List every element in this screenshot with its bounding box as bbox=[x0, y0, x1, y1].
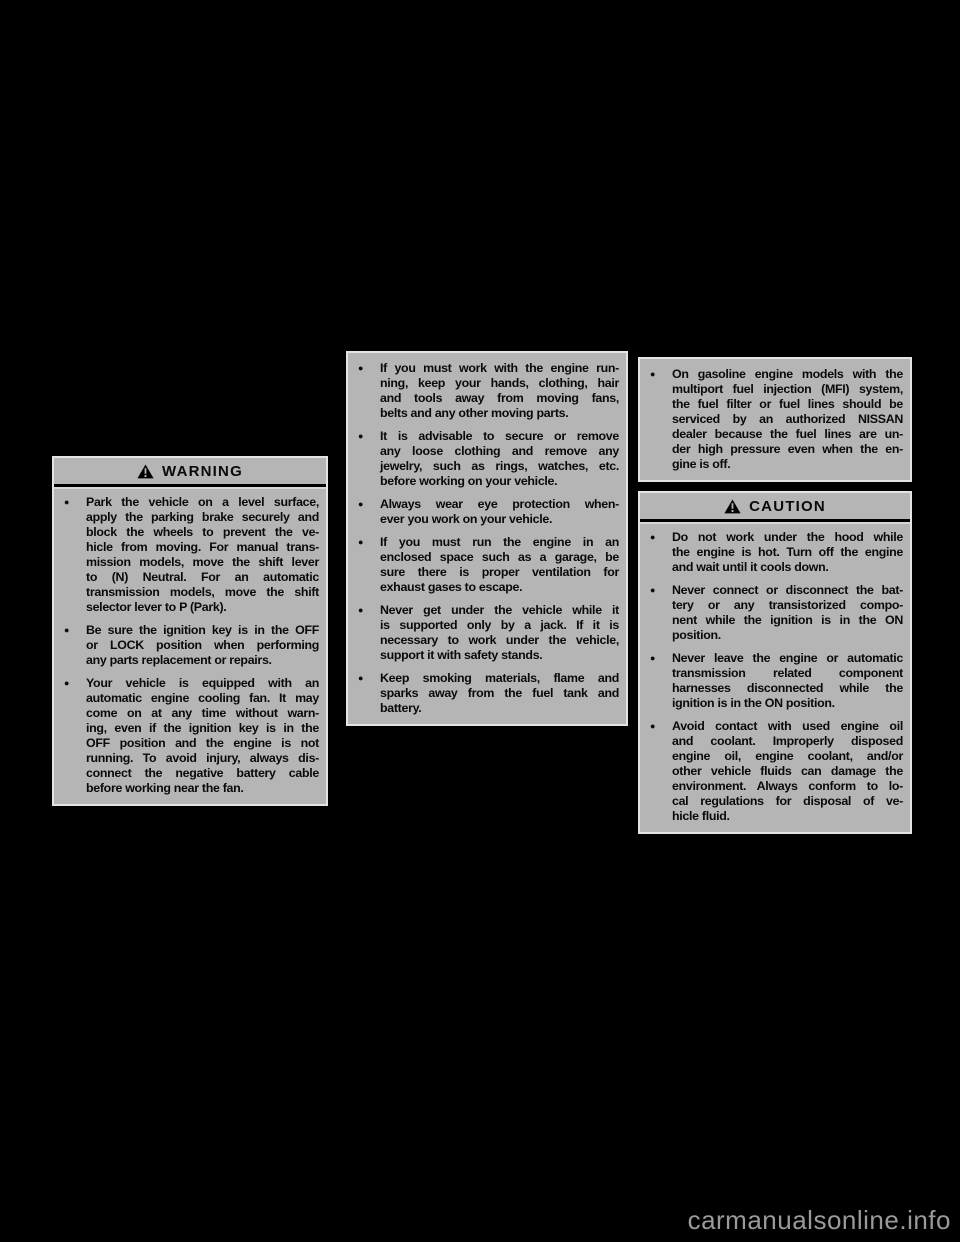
bullet-text: Never leave the engine or automatictrans… bbox=[672, 651, 903, 711]
caution-box-title: CAUTION bbox=[749, 498, 826, 515]
text-line: connect the negative battery cable bbox=[86, 766, 319, 781]
bullet-text: Park the vehicle on a level surface,appl… bbox=[86, 495, 319, 615]
text-line: hicle from moving. For manual trans- bbox=[86, 540, 319, 555]
warning-triangle-icon bbox=[724, 499, 741, 514]
bullet-dot-icon: ● bbox=[61, 623, 86, 668]
bullet-text: Your vehicle is equipped with anautomati… bbox=[86, 676, 319, 796]
caution-box: CAUTION ●Do not work under the hood whil… bbox=[638, 491, 912, 834]
text-line: serviced by an authorized NISSAN bbox=[672, 412, 903, 427]
caution-box-header: CAUTION bbox=[640, 493, 910, 522]
text-line: transmission related component bbox=[672, 666, 903, 681]
text-line: engine oil, engine coolant, and/or bbox=[672, 749, 903, 764]
text-line: Never leave the engine or automatic bbox=[672, 651, 903, 666]
bullet-text: If you must run the engine in anenclosed… bbox=[380, 535, 619, 595]
bullet-item: ●Keep smoking materials, flame andsparks… bbox=[355, 671, 619, 716]
bullet-item: ●Never connect or disconnect the bat-ter… bbox=[647, 583, 903, 643]
bullet-item: ●Be sure the ignition key is in the OFFo… bbox=[61, 623, 319, 668]
text-line: necessary to work under the vehicle, bbox=[380, 633, 619, 648]
text-line: ing, even if the ignition key is in the bbox=[86, 721, 319, 736]
fuel-system-note-body: ●On gasoline engine models with themulti… bbox=[640, 359, 910, 480]
text-line: environment. Always conform to lo- bbox=[672, 779, 903, 794]
bullet-text: Never connect or disconnect the bat-tery… bbox=[672, 583, 903, 643]
bullet-dot-icon: ● bbox=[355, 671, 380, 716]
text-line: running. To avoid injury, always dis- bbox=[86, 751, 319, 766]
text-line: dealer because the fuel lines are un- bbox=[672, 427, 903, 442]
bullet-dot-icon: ● bbox=[61, 495, 86, 615]
caution-box-body: ●Do not work under the hood whilethe eng… bbox=[640, 522, 910, 832]
text-line: before working near the fan. bbox=[86, 781, 319, 796]
text-line: transmission models, move the shift bbox=[86, 585, 319, 600]
text-line: sure there is proper ventilation for bbox=[380, 565, 619, 580]
text-line: other vehicle fluids can damage the bbox=[672, 764, 903, 779]
text-line: automatic engine cooling fan. It may bbox=[86, 691, 319, 706]
bullet-item: ●If you must run the engine in anenclose… bbox=[355, 535, 619, 595]
bullet-text: It is advisable to secure or removeany l… bbox=[380, 429, 619, 489]
bullet-text: If you must work with the engine run-nin… bbox=[380, 361, 619, 421]
text-line: multiport fuel injection (MFI) system, bbox=[672, 382, 903, 397]
bullet-text: Avoid contact with used engine oiland co… bbox=[672, 719, 903, 824]
bullet-item: ●Do not work under the hood whilethe eng… bbox=[647, 530, 903, 575]
watermark: carmanualsonline.info bbox=[688, 1205, 951, 1236]
text-line: position. bbox=[672, 628, 903, 643]
text-line: come on at any time without warn- bbox=[86, 706, 319, 721]
text-line: Do not work under the hood while bbox=[672, 530, 903, 545]
text-line: ning, keep your hands, clothing, hair bbox=[380, 376, 619, 391]
bullet-text: Do not work under the hood whilethe engi… bbox=[672, 530, 903, 575]
text-line: is supported only by a jack. If it is bbox=[380, 618, 619, 633]
text-line: any loose clothing and remove any bbox=[380, 444, 619, 459]
bullet-item: ●Park the vehicle on a level surface,app… bbox=[61, 495, 319, 615]
text-line: If you must run the engine in an bbox=[380, 535, 619, 550]
bullet-text: Never get under the vehicle while itis s… bbox=[380, 603, 619, 663]
warning-box-body: ●Park the vehicle on a level surface,app… bbox=[54, 487, 326, 804]
text-line: Keep smoking materials, flame and bbox=[380, 671, 619, 686]
bullet-text: Be sure the ignition key is in the OFFor… bbox=[86, 623, 319, 668]
text-line: selector lever to P (Park). bbox=[86, 600, 319, 615]
text-line: Always wear eye protection when- bbox=[380, 497, 619, 512]
bullet-dot-icon: ● bbox=[61, 676, 86, 796]
text-line: support it with safety stands. bbox=[380, 648, 619, 663]
text-line: Park the vehicle on a level surface, bbox=[86, 495, 319, 510]
text-line: enclosed space such as a garage, be bbox=[380, 550, 619, 565]
text-line: mission models, move the shift lever bbox=[86, 555, 319, 570]
text-line: hicle fluid. bbox=[672, 809, 903, 824]
engine-work-precautions-box: ●If you must work with the engine run-ni… bbox=[346, 351, 628, 726]
warning-box: WARNING ●Park the vehicle on a level sur… bbox=[52, 456, 328, 806]
bullet-dot-icon: ● bbox=[355, 497, 380, 527]
bullet-dot-icon: ● bbox=[647, 719, 672, 824]
bullet-dot-icon: ● bbox=[355, 535, 380, 595]
bullet-item: ●It is advisable to secure or removeany … bbox=[355, 429, 619, 489]
text-line: block the wheels to prevent the ve- bbox=[86, 525, 319, 540]
bullet-dot-icon: ● bbox=[647, 530, 672, 575]
text-line: ignition is in the ON position. bbox=[672, 696, 903, 711]
text-line: belts and any other moving parts. bbox=[380, 406, 619, 421]
text-line: and tools away from moving fans, bbox=[380, 391, 619, 406]
text-line: battery. bbox=[380, 701, 619, 716]
bullet-text: Always wear eye protection when-ever you… bbox=[380, 497, 619, 527]
bullet-item: ●If you must work with the engine run-ni… bbox=[355, 361, 619, 421]
text-line: It is advisable to secure or remove bbox=[380, 429, 619, 444]
text-line: jewelry, such as rings, watches, etc. bbox=[380, 459, 619, 474]
text-line: or LOCK position when performing bbox=[86, 638, 319, 653]
text-line: nent while the ignition is in the ON bbox=[672, 613, 903, 628]
bullet-dot-icon: ● bbox=[355, 603, 380, 663]
text-line: the fuel filter or fuel lines should be bbox=[672, 397, 903, 412]
text-line: and coolant. Improperly disposed bbox=[672, 734, 903, 749]
text-line: before working on your vehicle. bbox=[380, 474, 619, 489]
manual-page: WARNING ●Park the vehicle on a level sur… bbox=[0, 0, 960, 1242]
engine-work-precautions-body: ●If you must work with the engine run-ni… bbox=[348, 353, 626, 724]
text-line: cal regulations for disposal of ve- bbox=[672, 794, 903, 809]
bullet-text: Keep smoking materials, flame andsparks … bbox=[380, 671, 619, 716]
text-line: OFF position and the engine is not bbox=[86, 736, 319, 751]
text-line: Be sure the ignition key is in the OFF bbox=[86, 623, 319, 638]
text-line: exhaust gases to escape. bbox=[380, 580, 619, 595]
bullet-item: ●Never get under the vehicle while itis … bbox=[355, 603, 619, 663]
text-line: tery or any transistorized compo- bbox=[672, 598, 903, 613]
warning-triangle-icon bbox=[137, 464, 154, 479]
warning-box-header: WARNING bbox=[54, 458, 326, 487]
bullet-dot-icon: ● bbox=[355, 429, 380, 489]
bullet-dot-icon: ● bbox=[647, 583, 672, 643]
bullet-text: On gasoline engine models with themultip… bbox=[672, 367, 903, 472]
bullet-item: ●On gasoline engine models with themulti… bbox=[647, 367, 903, 472]
bullet-item: ●Always wear eye protection when-ever yo… bbox=[355, 497, 619, 527]
bullet-item: ●Never leave the engine or automatictran… bbox=[647, 651, 903, 711]
text-line: apply the parking brake securely and bbox=[86, 510, 319, 525]
bullet-dot-icon: ● bbox=[647, 651, 672, 711]
text-line: ever you work on your vehicle. bbox=[380, 512, 619, 527]
text-line: If you must work with the engine run- bbox=[380, 361, 619, 376]
text-line: On gasoline engine models with the bbox=[672, 367, 903, 382]
text-line: der high pressure even when the en- bbox=[672, 442, 903, 457]
bullet-item: ●Avoid contact with used engine oiland c… bbox=[647, 719, 903, 824]
text-line: Never get under the vehicle while it bbox=[380, 603, 619, 618]
bullet-item: ●Your vehicle is equipped with anautomat… bbox=[61, 676, 319, 796]
text-line: Your vehicle is equipped with an bbox=[86, 676, 319, 691]
bullet-dot-icon: ● bbox=[647, 367, 672, 472]
text-line: any parts replacement or repairs. bbox=[86, 653, 319, 668]
text-line: to (N) Neutral. For an automatic bbox=[86, 570, 319, 585]
fuel-system-note-box: ●On gasoline engine models with themulti… bbox=[638, 357, 912, 482]
text-line: harnesses disconnected while the bbox=[672, 681, 903, 696]
text-line: Never connect or disconnect the bat- bbox=[672, 583, 903, 598]
text-line: the engine is hot. Turn off the engine bbox=[672, 545, 903, 560]
bullet-dot-icon: ● bbox=[355, 361, 380, 421]
text-line: sparks away from the fuel tank and bbox=[380, 686, 619, 701]
text-line: Avoid contact with used engine oil bbox=[672, 719, 903, 734]
warning-box-title: WARNING bbox=[162, 463, 243, 480]
text-line: and wait until it cools down. bbox=[672, 560, 903, 575]
text-line: gine is off. bbox=[672, 457, 903, 472]
